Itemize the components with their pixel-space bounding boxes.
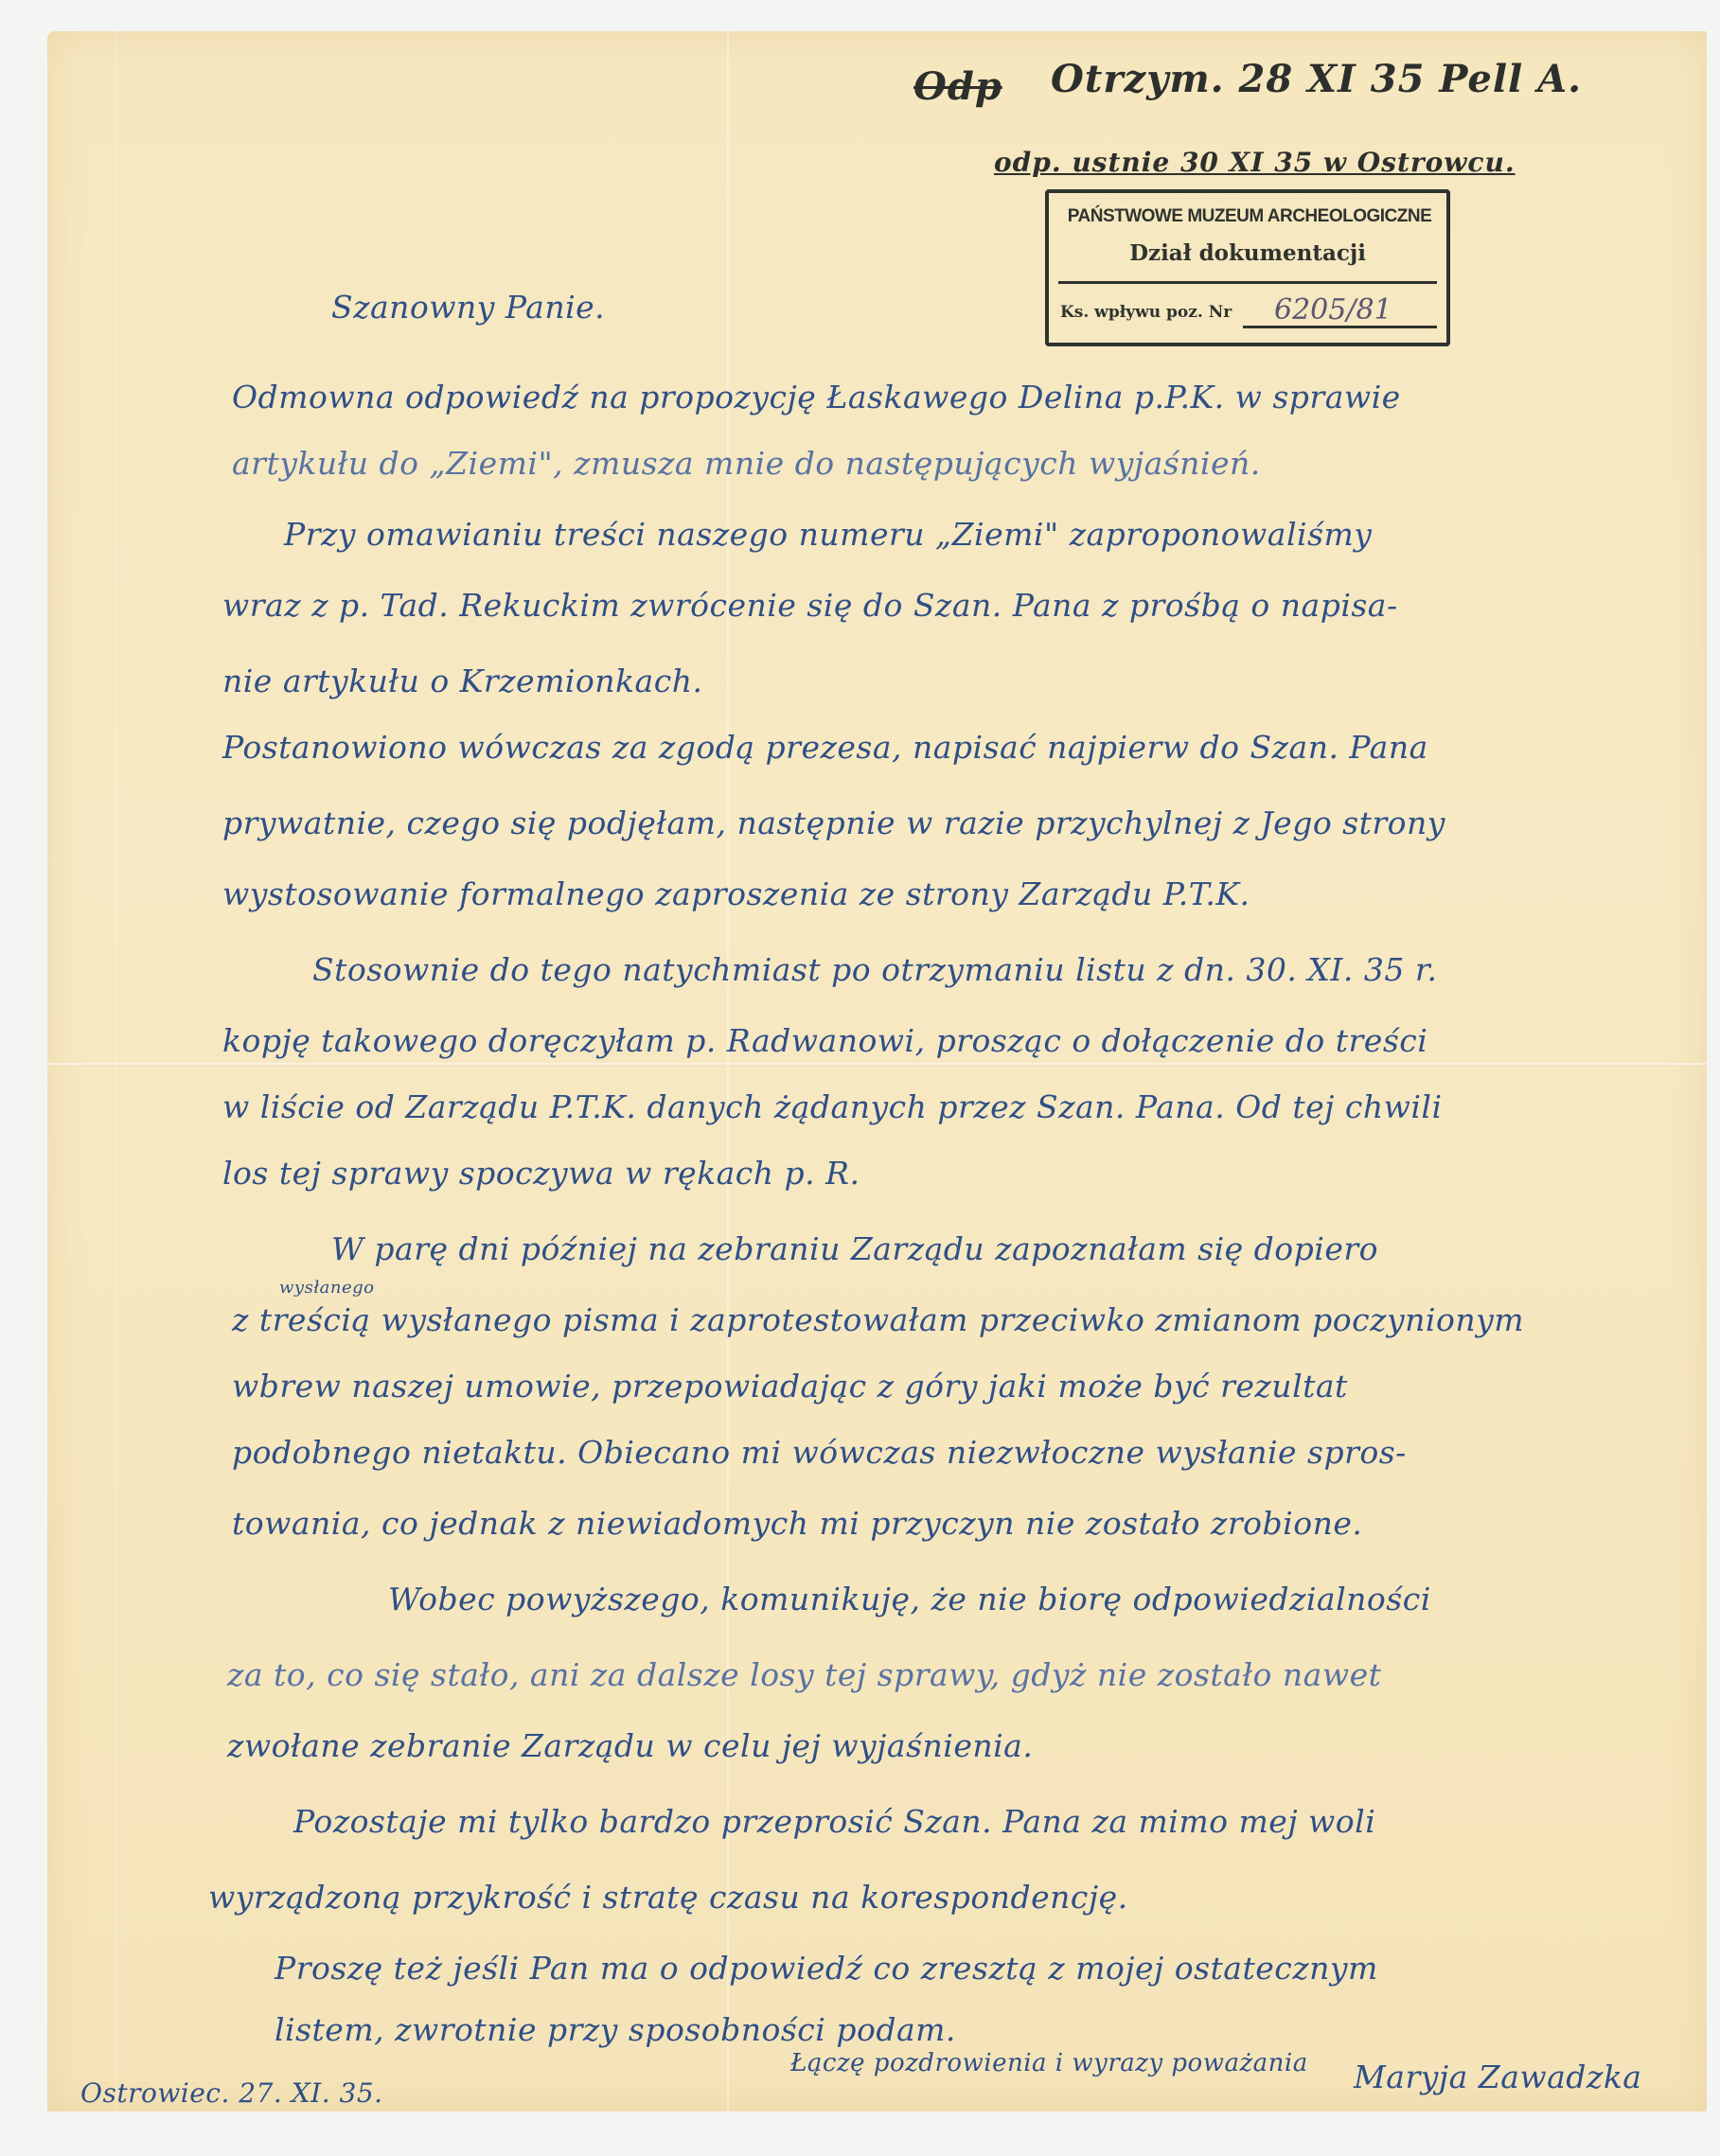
stamp-divider [1058, 281, 1437, 284]
letter-line: Postanowiono wówczas za zgodą prezesa, n… [222, 729, 1428, 766]
salutation: Szanowny Panie. [331, 289, 605, 326]
letter-line: za to, co się stało, ani za dalsze losy … [227, 1656, 1381, 1693]
closing-phrase: Łączę pozdrowienia i wyrazy poważania [790, 2049, 1308, 2077]
letter-line: wraz z p. Tad. Rekuckim zwrócenie się do… [222, 587, 1398, 624]
letter-line: towania, co jednak z niewiadomych mi prz… [232, 1505, 1362, 1542]
stamp-register-number: 6205/81 [1274, 293, 1392, 327]
letter-line: Pozostaje mi tylko bardzo przeprosić Sza… [293, 1803, 1375, 1840]
letter-line: artykułu do „Ziemi", zmusza mnie do nast… [232, 445, 1261, 482]
letter-line: nie artykułu o Krzemionkach. [222, 663, 702, 699]
letter-line: Odmowna odpowiedź na propozycję Łaskaweg… [232, 379, 1401, 415]
reply-annotation: odp. ustnie 30 XI 35 w Ostrowcu. [994, 147, 1516, 178]
stamp-register-label: Ks. wpływu poz. Nr [1060, 303, 1232, 322]
horizontal-fold-crease [47, 1063, 1707, 1066]
letter-line: Przy omawianiu treści naszego numeru „Zi… [284, 516, 1372, 553]
museum-stamp: PAŃSTWOWE MUZEUM ARCHEOLOGICZNE Dział do… [1045, 189, 1450, 346]
letter-line: Stosownie do tego natychmiast po otrzyma… [312, 951, 1437, 988]
letter-line: Proszę też jeśli Pan ma o odpowiedź co z… [275, 1950, 1378, 1987]
signature: Maryja Zawadzka [1354, 2059, 1641, 2095]
vertical-fold-crease [727, 31, 729, 2112]
letter-line: zwołane zebranie Zarządu w celu jej wyja… [227, 1727, 1033, 1764]
letter-sheet [47, 31, 1707, 2112]
letter-line: kopję takowego doręczyłam p. Radwanowi, … [222, 1022, 1427, 1059]
letter-line: podobnego nietaktu. Obiecano mi wówczas … [232, 1434, 1407, 1471]
letter-line: W parę dni później na zebraniu Zarządu z… [331, 1230, 1378, 1267]
struck-annotation: Odp [913, 64, 1002, 109]
letter-line: z treścią wysłanego pisma i zaprotestowa… [232, 1301, 1524, 1338]
letter-line: wbrew naszej umowie, przepowiadając z gó… [232, 1368, 1348, 1405]
left-crease [115, 31, 116, 2112]
received-annotation: Otrzym. 28 XI 35 Pell A. [1051, 57, 1582, 101]
inline-insertion: wysłanego [279, 1278, 375, 1298]
letter-line: wystosowanie formalnego zaproszenia ze s… [222, 875, 1250, 912]
place-date: Ostrowiec. 27. XI. 35. [80, 2077, 383, 2109]
letter-line: wyrządzoną przykrość i stratę czasu na k… [208, 1879, 1128, 1916]
stamp-museum-name: PAŃSTWOWE MUZEUM ARCHEOLOGICZNE [1058, 206, 1441, 227]
stamp-department: Dział dokumentacji [1049, 240, 1446, 266]
letter-line: w liście od Zarządu P.T.K. danych żądany… [222, 1088, 1443, 1125]
letter-line: los tej sprawy spoczywa w rękach p. R. [222, 1155, 860, 1192]
letter-line: Wobec powyższego, komunikuję, że nie bio… [388, 1581, 1431, 1617]
letter-line: prywatnie, czego się podjęłam, następnie… [222, 804, 1445, 841]
letter-line: listem, zwrotnie przy sposobności podam. [275, 2011, 956, 2048]
